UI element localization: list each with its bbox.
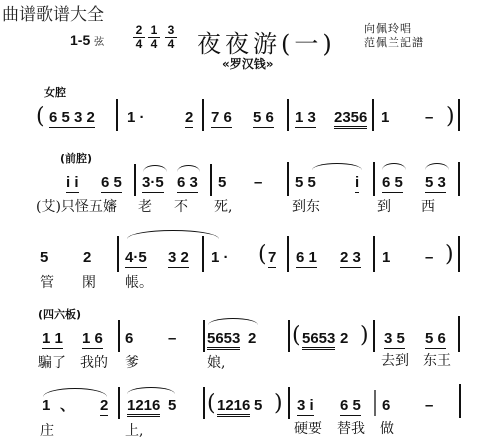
notes-r2-m1b: 6 5 — [101, 175, 122, 193]
lyric: 硬要 — [294, 418, 322, 438]
lyric: 到东 — [292, 196, 320, 216]
close-paren: ) — [360, 325, 369, 347]
barline — [203, 320, 205, 352]
open-paren: ( — [36, 106, 45, 128]
notes-r5-m1a: 1 — [42, 398, 50, 414]
notes-r4-m4a: 5653 — [302, 331, 335, 350]
lyric: 替我 — [337, 418, 365, 438]
time-signature-2: 14 — [147, 24, 161, 51]
notes-r1-m2b: 2 — [185, 110, 193, 128]
final-barline — [458, 99, 460, 131]
close-paren: ) — [445, 244, 454, 266]
open-paren: ( — [258, 244, 267, 266]
close-paren: ) — [446, 106, 455, 128]
strings-label: 1-5 弦 — [70, 32, 104, 48]
notes-r4-m1a: 1 1 — [42, 331, 63, 349]
notes-r3-m3a: 1 · — [211, 250, 229, 266]
notes-r3-m2a: 4·5 — [125, 250, 147, 268]
notes-r2-m2b: 6 3 — [177, 175, 198, 193]
open-paren: ( — [207, 393, 216, 415]
final-barline — [458, 236, 460, 272]
lyric: 庄 — [40, 420, 54, 440]
site-name: 曲谱歌谱大全 — [2, 0, 104, 25]
barline-dashed — [374, 390, 376, 416]
notes-r5-m1dot: 、 — [60, 398, 75, 414]
lyric: 爹 — [125, 352, 139, 372]
barline — [373, 320, 375, 352]
barline — [202, 236, 204, 272]
slur — [127, 387, 175, 394]
notes-r3-m2b: 3 2 — [168, 250, 189, 268]
barline — [373, 162, 375, 196]
barline — [118, 387, 120, 419]
barline — [287, 99, 289, 131]
barline — [288, 387, 290, 419]
close-paren: ) — [274, 393, 283, 415]
song-title: 夜夜游(一) — [197, 24, 336, 59]
open-paren: ( — [292, 325, 301, 347]
lyric: 东王 — [423, 350, 451, 370]
voice-label: 女腔 — [44, 84, 66, 100]
notes-r4-m5a: 3 5 — [384, 331, 405, 349]
notes-r5-m5b: – — [425, 398, 433, 414]
notes-r4-m1b: 1 6 — [82, 331, 103, 349]
barline — [287, 236, 289, 272]
notes-r3-m5b: – — [425, 250, 433, 266]
lyric: 我的 — [80, 352, 108, 372]
lyric: 到 — [377, 196, 391, 216]
notes-r5-m2a: 1216 — [127, 398, 160, 417]
strings-unit: 弦 — [94, 37, 104, 48]
notes-r3-m1b: 2 — [83, 250, 91, 266]
transcriber-credit: 范佩兰記譜 — [364, 34, 424, 50]
slur — [425, 163, 449, 170]
slur — [382, 163, 406, 170]
barline — [288, 320, 290, 352]
time-signature-1: 24 — [132, 24, 146, 51]
notes-r1-m2a: 1 · — [127, 110, 145, 126]
lyric: 做 — [380, 418, 394, 438]
barline — [372, 99, 374, 131]
notes-r3-m4b: 2 3 — [340, 250, 361, 268]
lyric: 去到 — [381, 350, 409, 370]
notes-r3-m5a: 1 — [382, 250, 390, 266]
lyric: 帳。 — [125, 272, 153, 292]
barline — [203, 387, 205, 419]
lyric: 娘, — [207, 352, 225, 372]
notes-r1-m5b: – — [425, 110, 433, 126]
notes-r1-m4a: 1 3 — [295, 110, 316, 128]
notes-r2-m3b: – — [254, 175, 262, 191]
lyric: 西 — [421, 196, 435, 216]
notes-r5-m4a: 3 i — [297, 398, 314, 416]
notes-r3-m3b: 7 — [268, 250, 276, 268]
barline — [458, 316, 460, 352]
notes-r5-m2b: 5 — [168, 398, 176, 414]
lyric: 管 — [40, 272, 54, 292]
lyric: 不 — [174, 196, 188, 216]
barline — [458, 162, 460, 196]
notes-r3-m1a: 5 — [40, 250, 48, 266]
notes-r1-m1: 6 5 3 2 — [49, 110, 95, 128]
strings-range: 1-5 — [70, 32, 90, 48]
notes-r1-m3b: 5 6 — [253, 110, 274, 128]
section-label: (四六板) — [38, 306, 81, 322]
notes-r4-m2a: 6 — [125, 331, 133, 347]
notes-r4-m5b: 5 6 — [425, 331, 446, 349]
barline — [134, 164, 136, 196]
notes-r4-m4b: 2 — [340, 331, 348, 347]
section-label: (前腔) — [60, 150, 92, 166]
notes-r2-m5a: 6 5 — [382, 175, 403, 193]
notes-r1-m5a: 1 — [381, 110, 389, 126]
lyric: 上, — [125, 420, 143, 440]
slur — [43, 388, 107, 397]
lyric: 老 — [138, 196, 152, 216]
barline — [116, 99, 118, 131]
notes-r2-m2a: 3·5 — [142, 175, 164, 193]
notes-r5-m3a: 1216 — [217, 398, 250, 417]
notes-r2-m1a: i i — [66, 175, 79, 193]
notes-r2-m5b: 5 3 — [425, 175, 446, 193]
barline — [118, 320, 120, 352]
notes-r2-m3a: 5 — [218, 175, 226, 191]
notes-r4-m3a: 5653 — [207, 331, 240, 350]
song-subtitle: «罗汉钱» — [222, 55, 274, 72]
notes-r1-m3a: 7 6 — [211, 110, 232, 128]
barline — [117, 236, 119, 272]
barline — [373, 236, 375, 272]
slur — [127, 230, 219, 239]
notes-r5-m3b: 5 — [254, 398, 262, 414]
slur — [143, 165, 167, 172]
slur — [177, 165, 200, 172]
notes-r3-m4a: 6 1 — [296, 250, 317, 268]
slur — [312, 163, 362, 170]
notes-r5-m5a: 6 — [382, 398, 390, 414]
lyric: 騙了 — [38, 352, 66, 372]
notes-r4-m3b: 2 — [248, 331, 256, 347]
notes-r2-m4b: i — [355, 175, 359, 193]
notes-r1-m4b: 2356 — [334, 110, 367, 129]
barline — [459, 384, 461, 418]
time-signature-3: 34 — [164, 24, 178, 51]
lyric: 閑 — [82, 272, 96, 292]
slur — [208, 318, 258, 325]
barline — [202, 99, 204, 131]
notes-r5-m4b: 6 5 — [340, 398, 361, 416]
lyric: (艾)只怪五嬸 — [36, 196, 117, 216]
notes-r2-m4a: 5 5 — [295, 175, 316, 191]
notes-r4-m2b: – — [168, 331, 176, 347]
barline — [210, 164, 212, 196]
notes-r5-m1b: 2 — [100, 398, 108, 416]
lyric: 死, — [214, 196, 232, 216]
barline — [287, 162, 289, 196]
